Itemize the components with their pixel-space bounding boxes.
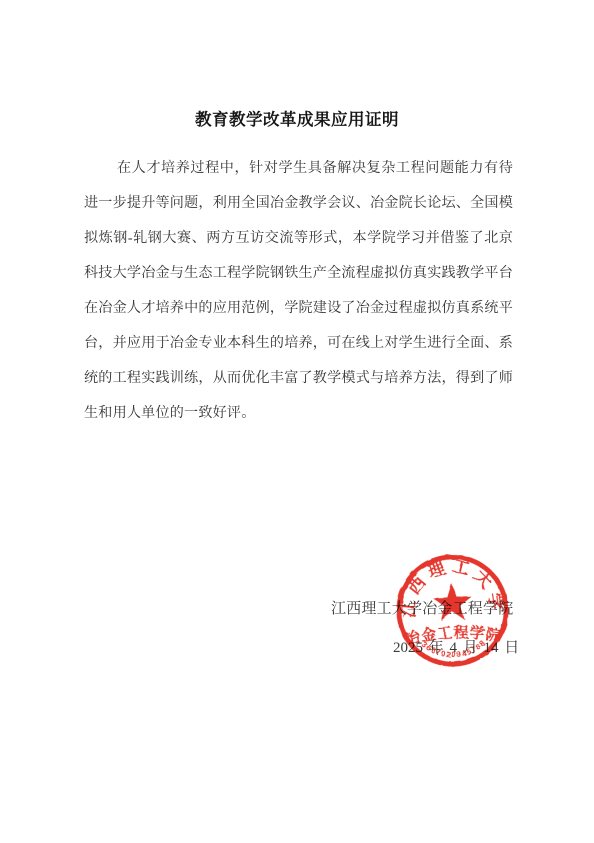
document-title: 教育教学改革成果应用证明 [0,106,594,130]
body-paragraph: 在人才培养过程中，针对学生具备解决复杂工程问题能力有待进一步提升等问题，利用全国… [84,151,513,431]
page: { "page": { "background": "#ffffff" }, "… [0,0,594,843]
certificate-document: 教育教学改革成果应用证明 在人才培养过程中，针对学生具备解决复杂工程问题能力有待… [0,0,594,843]
signature-line: 江西理工大学冶金工程学院 [331,597,513,618]
date-line: 2025 年 4 月 14 日 [393,636,519,657]
